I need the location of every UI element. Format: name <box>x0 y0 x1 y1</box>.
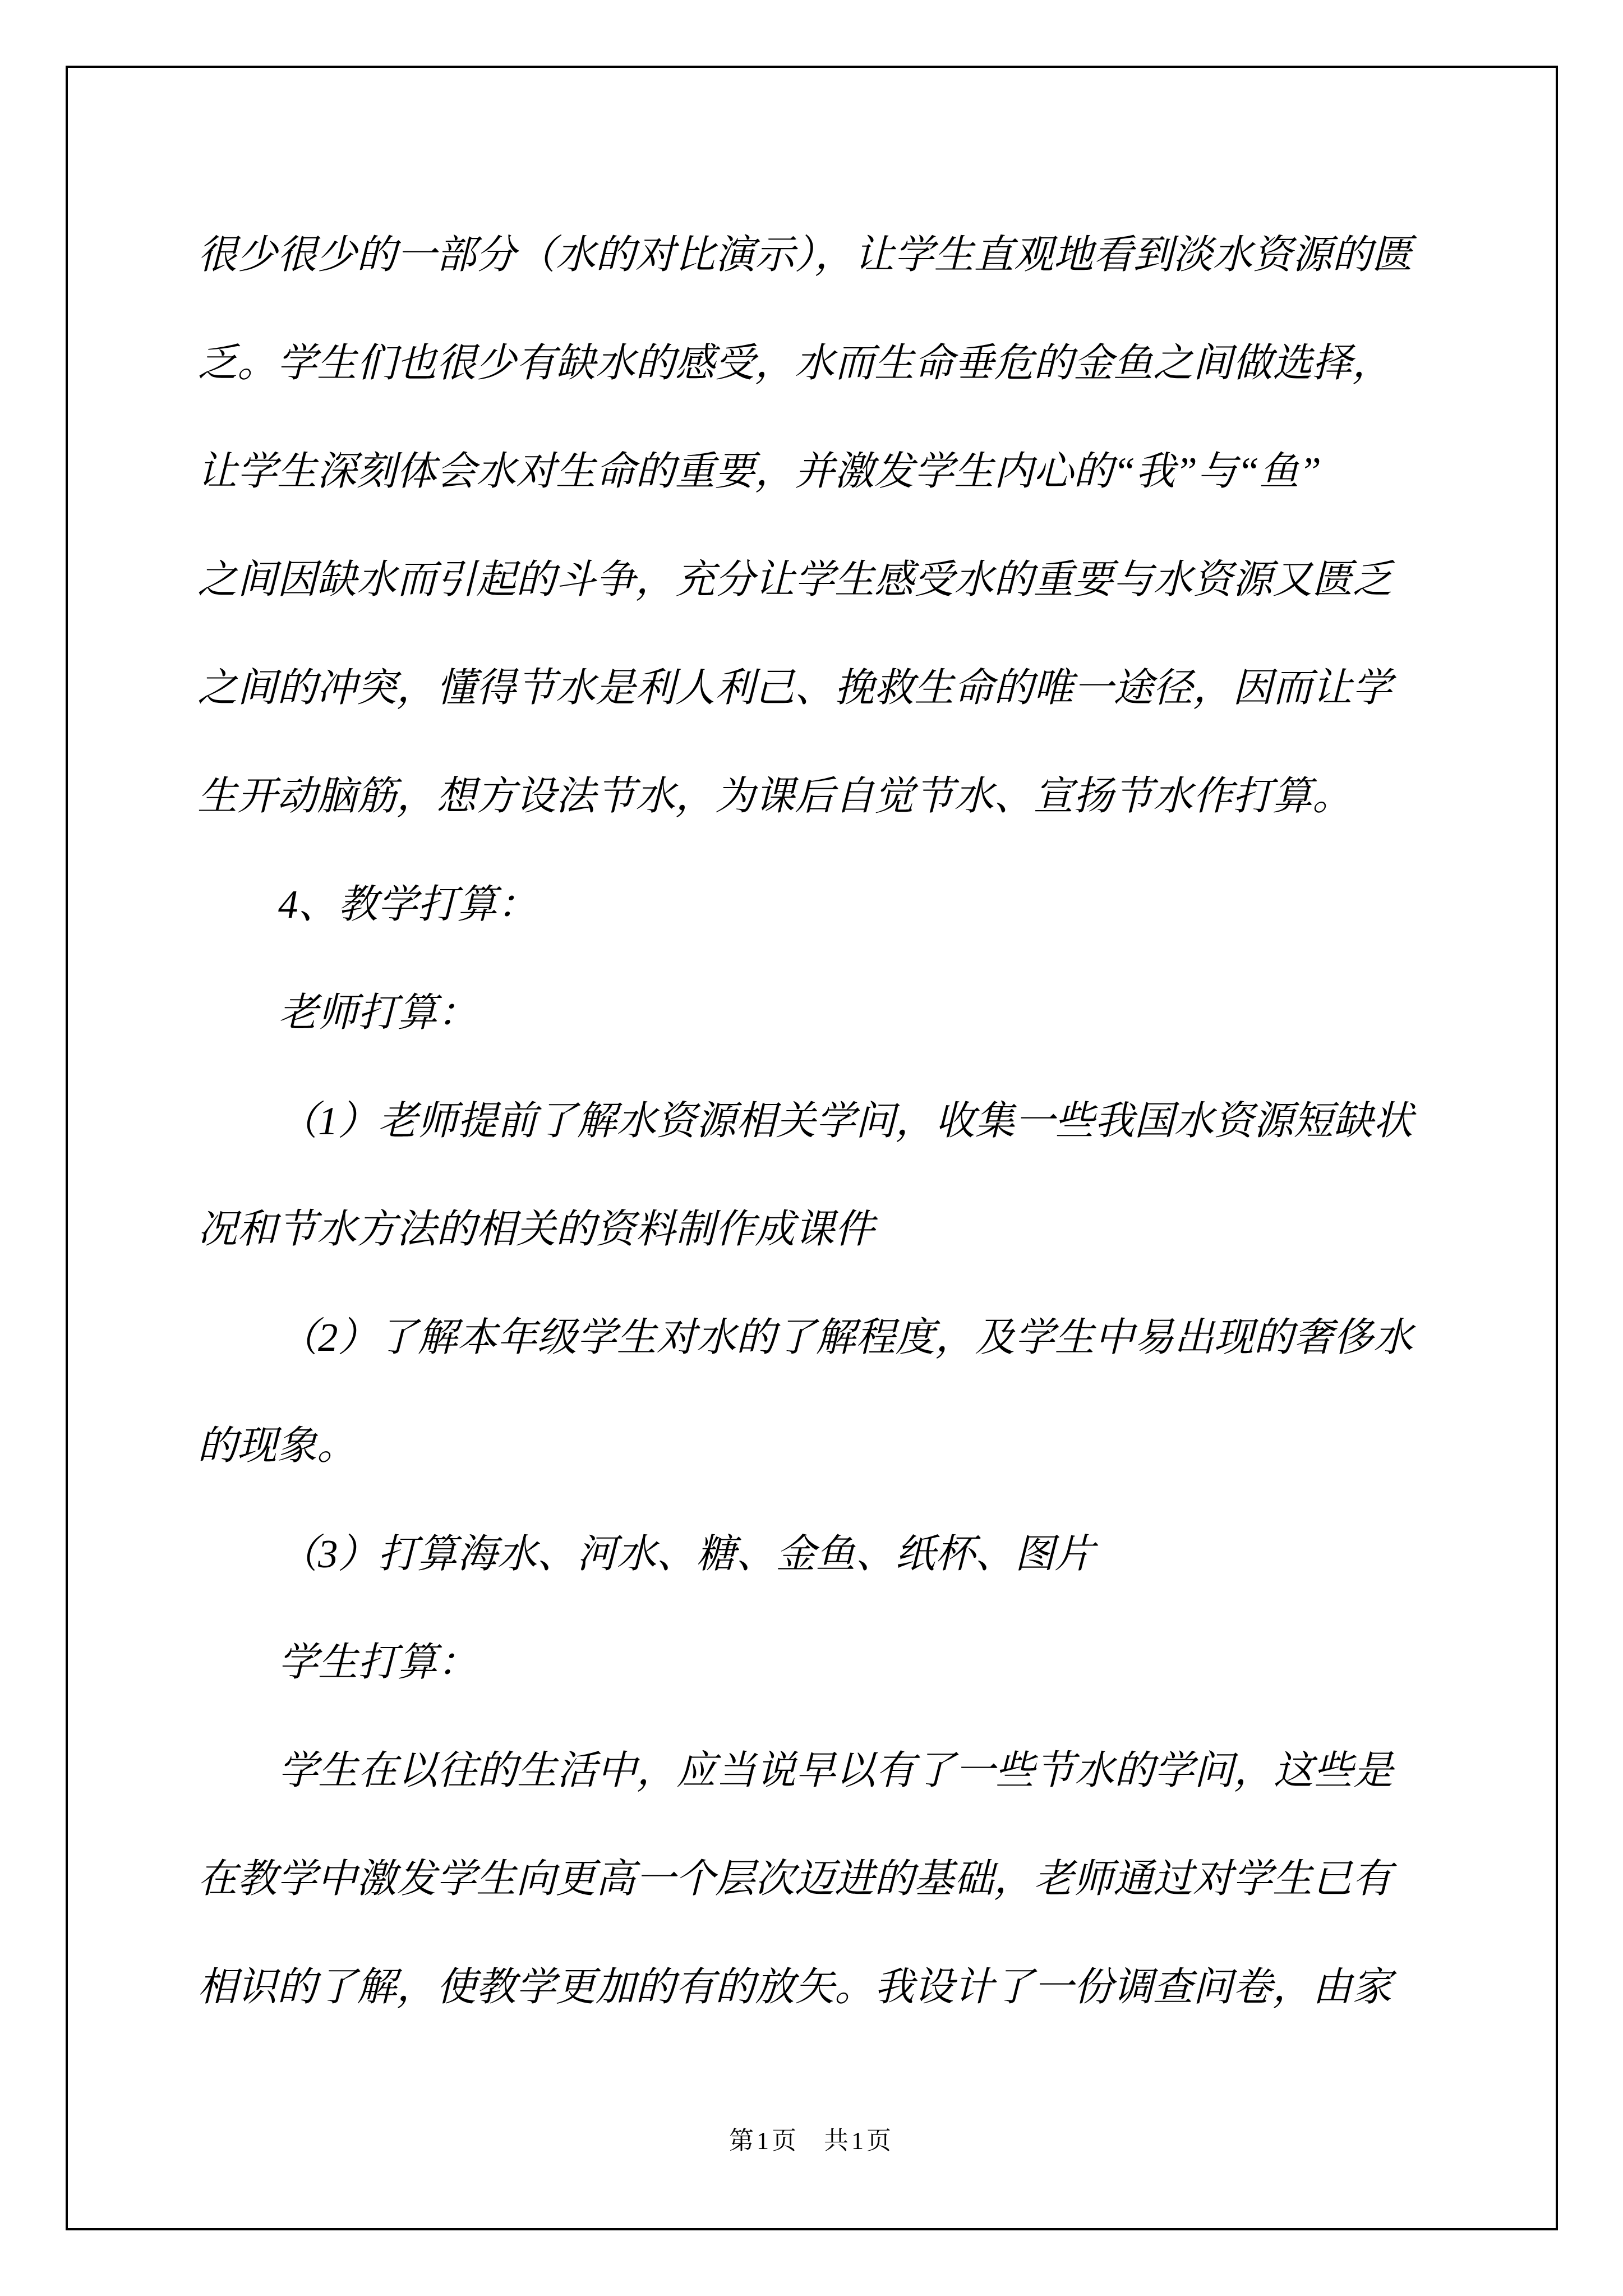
paragraph-line: 的现象。 <box>197 1392 1437 1501</box>
paragraph-line: 相识的了解，使教学更加的有的放矢。我设计了一份调查问卷，由家 <box>197 1934 1437 2042</box>
paragraph-line: 学生在以往的生活中，应当说早以有了一些节水的学问，这些是 <box>197 1717 1437 1825</box>
paragraph-line: 之间的冲突，懂得节水是利人利己、挽救生命的唯一途径，因而让学 <box>197 634 1437 743</box>
paragraph-line: 老师打算： <box>197 959 1437 1068</box>
paragraph-line: 4、教学打算： <box>197 851 1437 959</box>
paragraph-line: 在教学中激发学生向更高一个层次迈进的基础，老师通过对学生已有 <box>197 1825 1437 1934</box>
paragraph-line: （1）老师提前了解水资源相关学问，收集一些我国水资源短缺状 <box>197 1068 1437 1176</box>
page-number-label: 第1页 共1页 <box>729 2127 894 2155</box>
paragraph-line: 学生打算： <box>197 1609 1437 1717</box>
paragraph-line: 很少很少的一部分（水的对比演示），让学生直观地看到淡水资源的匮 <box>197 201 1437 310</box>
paragraph-line: 让学生深刻体会水对生命的重要，并激发学生内心的“我”与“鱼” <box>197 418 1437 526</box>
paragraph-line: 之间因缺水而引起的斗争，充分让学生感受水的重要与水资源又匮乏 <box>197 526 1437 634</box>
paragraph-line: 况和节水方法的相关的资料制作成课件 <box>197 1176 1437 1284</box>
document-body: 很少很少的一部分（水的对比演示），让学生直观地看到淡水资源的匮 乏。学生们也很少… <box>197 201 1437 2042</box>
paragraph-line: （3）打算海水、河水、糖、金鱼、纸杯、图片 <box>197 1501 1437 1609</box>
paragraph-line: （2）了解本年级学生对水的了解程度，及学生中易出现的奢侈水 <box>197 1284 1437 1392</box>
document-page: 很少很少的一部分（水的对比演示），让学生直观地看到淡水资源的匮 乏。学生们也很少… <box>0 0 1623 2296</box>
page-footer: 第1页 共1页 <box>0 2127 1623 2156</box>
paragraph-line: 乏。学生们也很少有缺水的感受，水而生命垂危的金鱼之间做选择， <box>197 310 1437 418</box>
paragraph-line: 生开动脑筋，想方设法节水，为课后自觉节水、宣扬节水作打算。 <box>197 743 1437 851</box>
